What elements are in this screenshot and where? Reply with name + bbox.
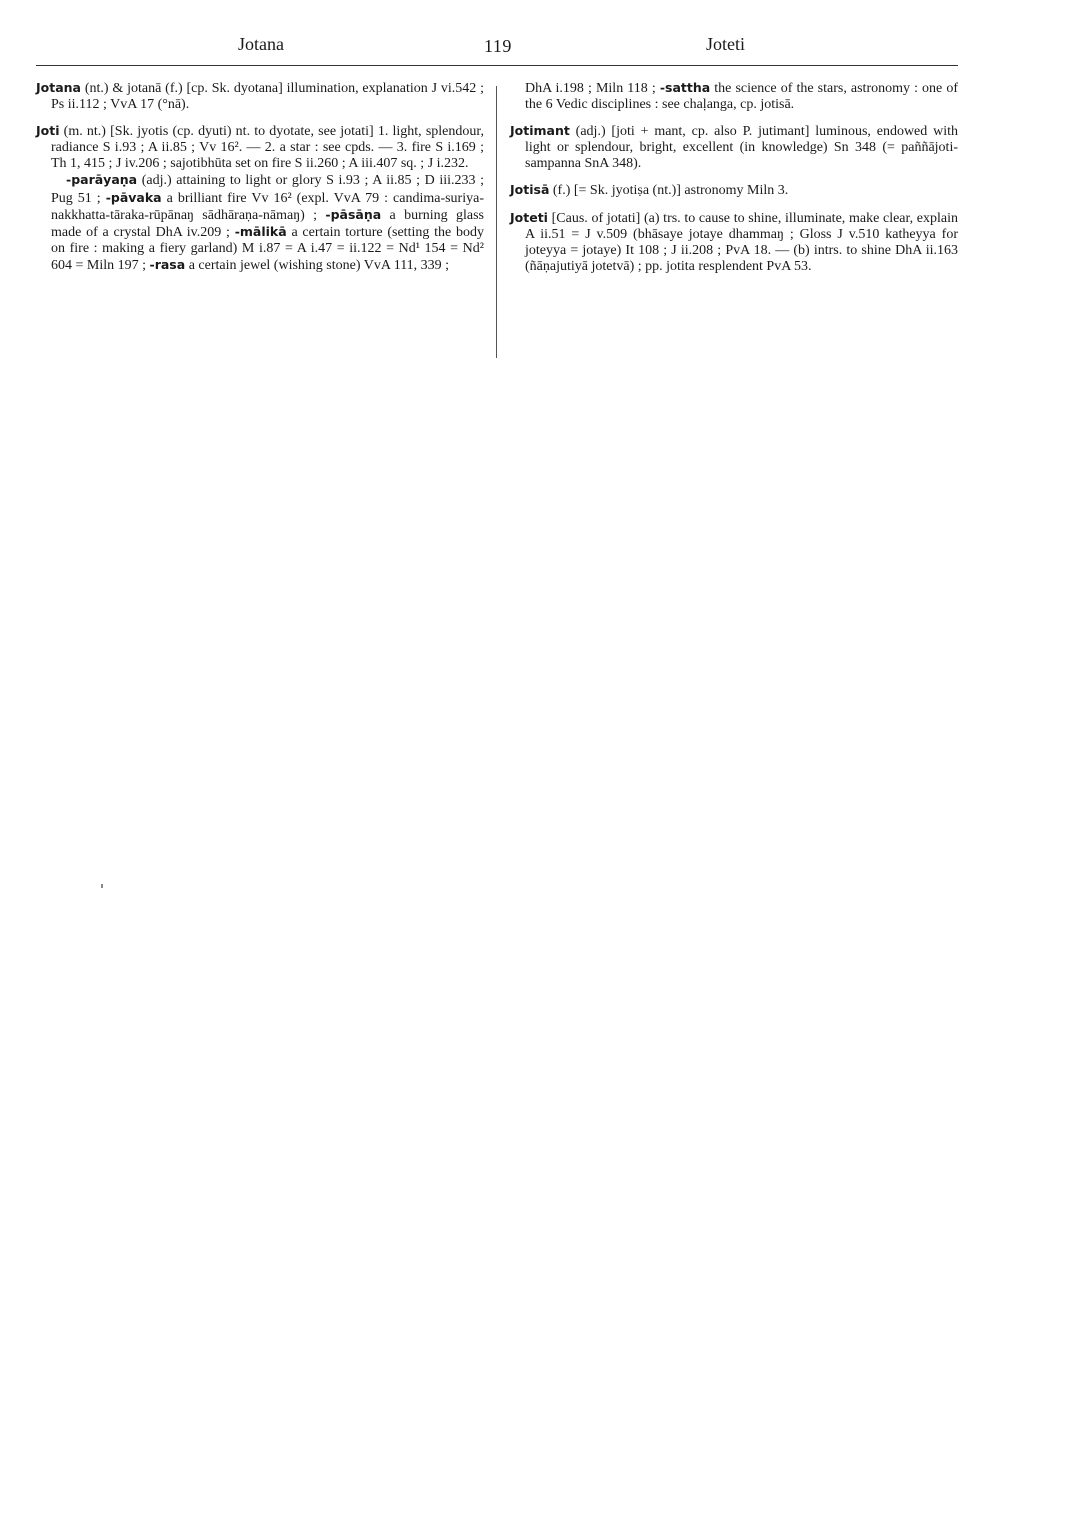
entry-text: [Caus. of jotati] (a) trs. to cause to s…: [525, 211, 958, 274]
headword: Jotisā: [510, 182, 549, 197]
scan-speck: [101, 884, 103, 888]
entry-text: DhA i.198 ; Miln 118 ;: [525, 81, 660, 96]
compound-term: -pāsāṇa: [325, 207, 381, 222]
running-head-left: Jotana: [238, 34, 284, 55]
header-rule: [36, 65, 958, 66]
compound-term: -mālikā: [235, 224, 287, 239]
entry-text: (f.) [= Sk. jyotiṣa (nt.)] astronomy Mil…: [549, 183, 788, 198]
continuation-joti: DhA i.198 ; Miln 118 ; -sattha the scien…: [510, 80, 958, 113]
headword: Joti: [36, 123, 60, 138]
compound-term: -parāyaṇa: [66, 172, 137, 187]
headword: Jotana: [36, 80, 81, 95]
entry-jotana: Jotana (nt.) & jotanā (f.) [cp. Sk. dyot…: [36, 80, 484, 113]
entry-jotimant: Jotimant (adj.) [joti + mant, cp. also P…: [510, 123, 958, 172]
compound-term: -pāvaka: [106, 190, 162, 205]
entry-joteti: Joteti [Caus. of jotati] (a) trs. to cau…: [510, 210, 958, 275]
right-column: DhA i.198 ; Miln 118 ; -sattha the scien…: [510, 80, 958, 285]
headword: Jotimant: [510, 123, 570, 138]
joti-compounds: -parāyaṇa (adj.) attaining to light or g…: [36, 172, 484, 274]
entry-text: (adj.) [joti + mant, cp. also P. jutiman…: [525, 124, 958, 171]
headword: Joteti: [510, 210, 548, 225]
column-divider: [496, 86, 497, 358]
compound-term: -sattha: [660, 80, 710, 95]
entry-joti: Joti (m. nt.) [Sk. jyotis (cp. dyuti) nt…: [36, 123, 484, 172]
left-column: Jotana (nt.) & jotanā (f.) [cp. Sk. dyot…: [36, 80, 484, 284]
running-head-right: Joteti: [706, 34, 745, 55]
entry-text: (nt.) & jotanā (f.) [cp. Sk. dyotana] il…: [51, 81, 484, 112]
page-number: 119: [484, 36, 512, 57]
compound-term: -rasa: [150, 257, 186, 272]
compound-text: a certain jewel (wishing stone) VvA 111,…: [185, 258, 449, 273]
entry-text: (m. nt.) [Sk. jyotis (cp. dyuti) nt. to …: [51, 124, 484, 171]
entry-jotisa: Jotisā (f.) [= Sk. jyotiṣa (nt.)] astron…: [510, 182, 958, 199]
running-head: Jotana 119 Joteti: [36, 34, 958, 60]
